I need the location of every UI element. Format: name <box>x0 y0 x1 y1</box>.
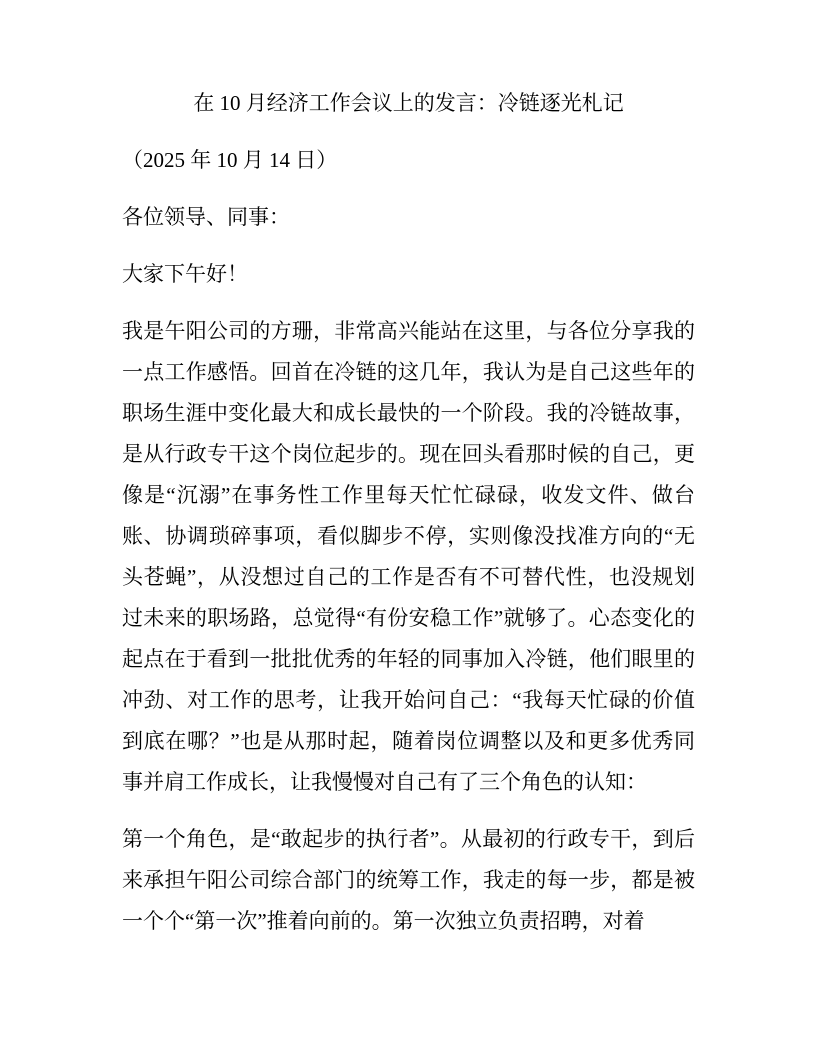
greeting: 大家下午好！ <box>122 254 695 295</box>
document-page: 在 10 月经济工作会议上的发言：冷链逐光札记 （2025 年 10 月 14 … <box>0 0 816 1056</box>
date-line: （2025 年 10 月 14 日） <box>122 140 695 181</box>
document-content: 在 10 月经济工作会议上的发言：冷链逐光札记 （2025 年 10 月 14 … <box>122 83 695 958</box>
document-title: 在 10 月经济工作会议上的发言：冷链逐光札记 <box>122 83 695 124</box>
salutation: 各位领导、同事： <box>122 197 695 238</box>
body-paragraph-1: 我是午阳公司的方珊，非常高兴能站在这里，与各位分享我的一点工作感悟。回首在冷链的… <box>122 311 695 803</box>
body-paragraph-2: 第一个角色，是“敢起步的执行者”。从最初的行政专干，到后来承担午阳公司综合部门的… <box>122 819 695 942</box>
